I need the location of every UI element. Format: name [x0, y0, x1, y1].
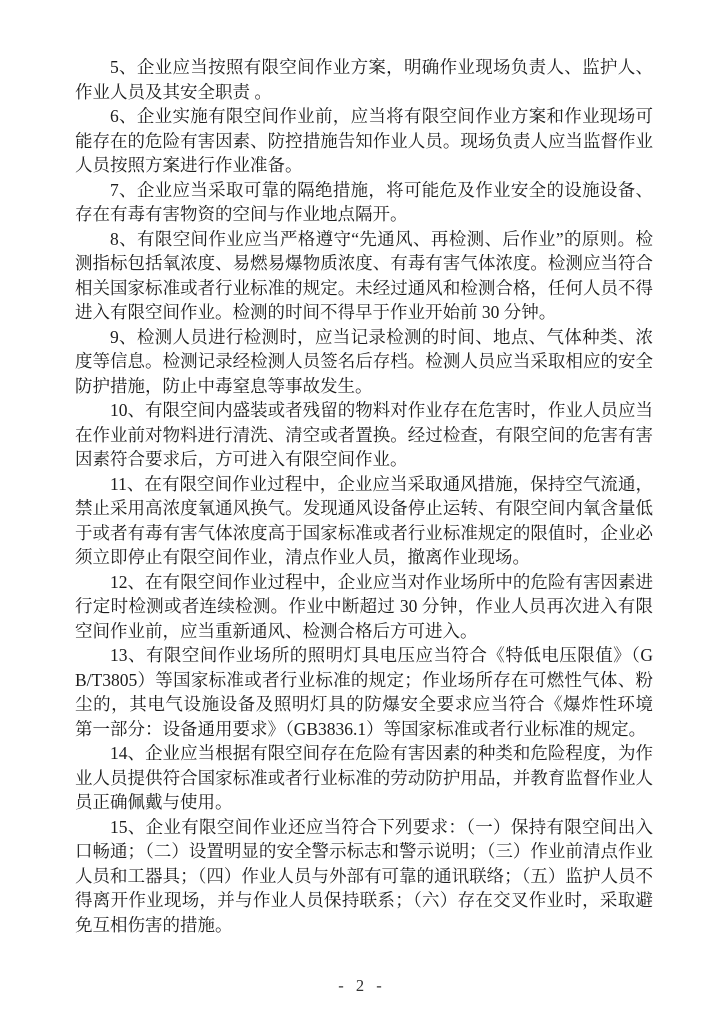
paragraph-15: 15、企业有限空间作业还应当符合下列要求：（一）保持有限空间出入口畅通；（二）设… — [75, 815, 653, 938]
paragraph-5: 5、企业应当按照有限空间作业方案，明确作业现场负责人、监护人、作业人员及其安全职… — [75, 55, 653, 104]
paragraph-6: 6、企业实施有限空间作业前，应当将有限空间作业方案和作业现场可能存在的危险有害因… — [75, 104, 653, 178]
paragraph-14: 14、企业应当根据有限空间存在危险有害因素的种类和危险程度，为作业人员提供符合国… — [75, 741, 653, 815]
paragraph-13: 13、有限空间作业场所的照明灯具电压应当符合《特低电压限值》（GB/T3805）… — [75, 643, 653, 741]
page-number: - 2 - — [338, 976, 386, 995]
paragraph-8: 8、有限空间作业应当严格遵守“先通风、再检测、后作业”的原则。检测指标包括氧浓度… — [75, 227, 653, 325]
document-body: 5、企业应当按照有限空间作业方案，明确作业现场负责人、监护人、作业人员及其安全职… — [75, 55, 653, 937]
document-page: 5、企业应当按照有限空间作业方案，明确作业现场负责人、监护人、作业人员及其安全职… — [0, 0, 724, 1024]
paragraph-7: 7、企业应当采取可靠的隔绝措施，将可能危及作业安全的设施设备、存在有毒有害物资的… — [75, 178, 653, 227]
paragraph-9: 9、检测人员进行检测时，应当记录检测的时间、地点、气体种类、浓度等信息。检测记录… — [75, 325, 653, 399]
paragraph-11: 11、在有限空间作业过程中，企业应当采取通风措施，保持空气流通，禁止采用高浓度氧… — [75, 472, 653, 570]
paragraph-10: 10、有限空间内盛装或者残留的物料对作业存在危害时，作业人员应当在作业前对物料进… — [75, 398, 653, 472]
paragraph-12: 12、在有限空间作业过程中，企业应当对作业场所中的危险有害因素进行定时检测或者连… — [75, 570, 653, 644]
page-footer: - 2 - — [0, 976, 724, 996]
